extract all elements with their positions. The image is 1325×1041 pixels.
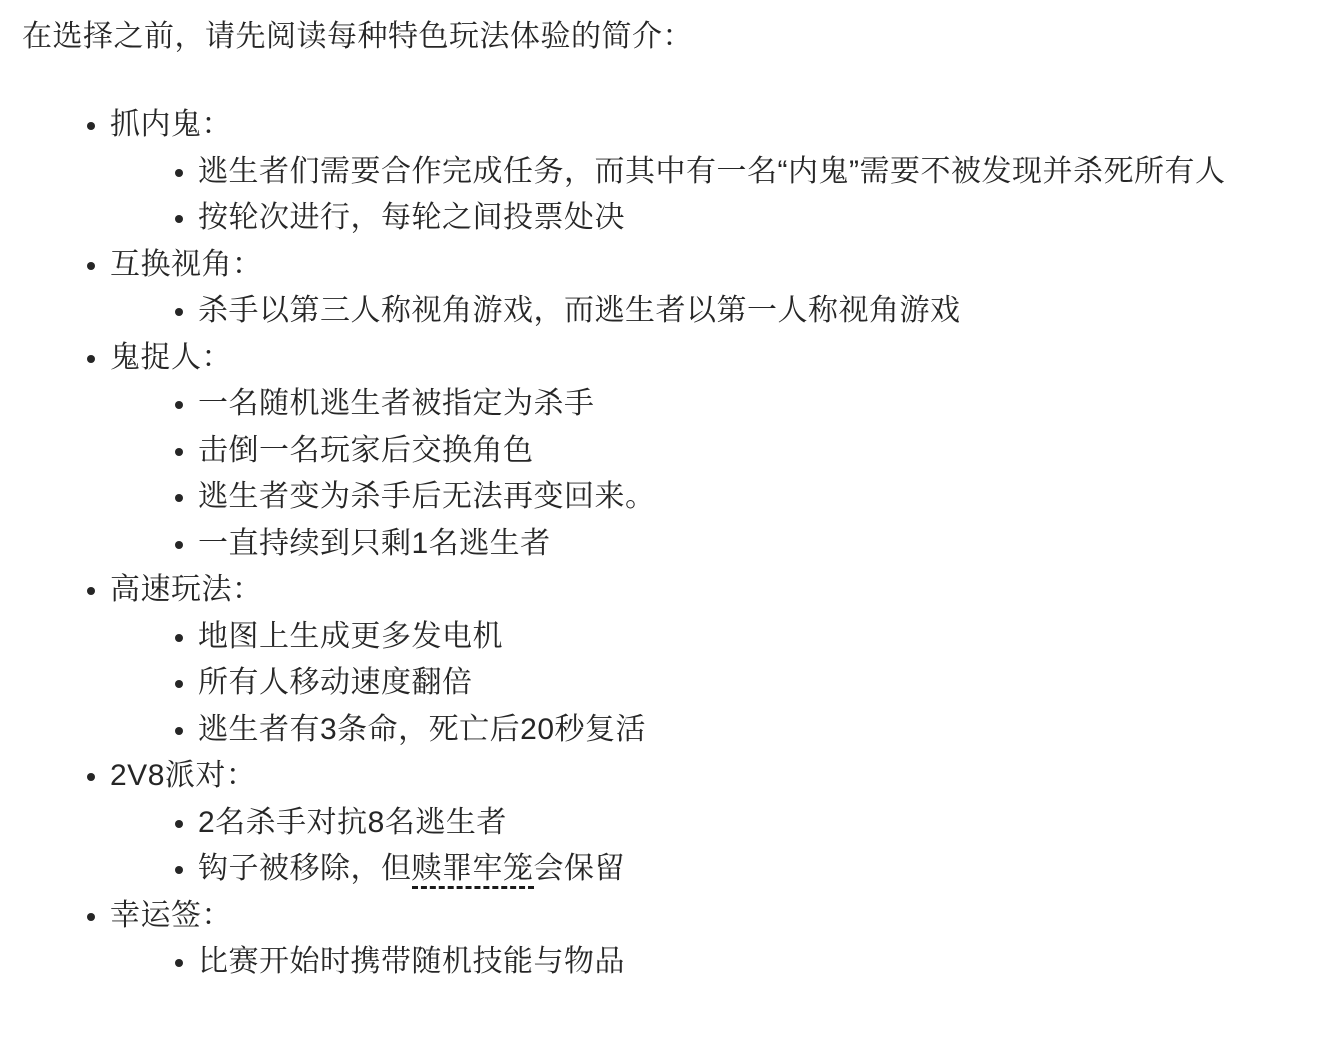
- mode-item: 抓内鬼：逃生者们需要合作完成任务，而其中有一名“内鬼”需要不被发现并杀死所有人按…: [110, 102, 1305, 242]
- mode-detail-text: 会保留: [534, 852, 626, 885]
- mode-detail: 一直持续到只剩1名逃生者: [198, 521, 1305, 568]
- mode-item: 鬼捉人：一名随机逃生者被指定为杀手击倒一名玩家后交换角色逃生者变为杀手后无法再变…: [110, 335, 1305, 568]
- mode-details-list: 逃生者们需要合作完成任务，而其中有一名“内鬼”需要不被发现并杀死所有人按轮次进行…: [110, 149, 1305, 242]
- mode-details-list: 一名随机逃生者被指定为杀手击倒一名玩家后交换角色逃生者变为杀手后无法再变回来。一…: [110, 381, 1305, 567]
- mode-item: 互换视角：杀手以第三人称视角游戏，而逃生者以第一人称视角游戏: [110, 242, 1305, 335]
- mode-details-list: 比赛开始时携带随机技能与物品: [110, 939, 1305, 986]
- mode-detail: 比赛开始时携带随机技能与物品: [198, 939, 1305, 986]
- mode-detail: 所有人移动速度翻倍: [198, 660, 1305, 707]
- mode-detail: 按轮次进行，每轮之间投票处决: [198, 195, 1305, 242]
- spellcheck-underlined-text: 赎罪牢笼: [412, 852, 534, 889]
- mode-detail: 逃生者有3条命，死亡后20秒复活: [198, 707, 1305, 754]
- mode-detail: 逃生者们需要合作完成任务，而其中有一名“内鬼”需要不被发现并杀死所有人: [198, 149, 1305, 196]
- mode-name: 幸运签：: [110, 899, 232, 932]
- mode-detail: 2名杀手对抗8名逃生者: [198, 800, 1305, 847]
- mode-details-list: 地图上生成更多发电机所有人移动速度翻倍逃生者有3条命，死亡后20秒复活: [110, 614, 1305, 754]
- mode-detail: 一名随机逃生者被指定为杀手: [198, 381, 1305, 428]
- mode-detail-text: 钩子被移除，但: [198, 852, 412, 885]
- mode-detail: 逃生者变为杀手后无法再变回来。: [198, 474, 1305, 521]
- mode-name: 2V8派对：: [110, 759, 256, 792]
- mode-name: 抓内鬼：: [110, 108, 232, 141]
- mode-details-list: 杀手以第三人称视角游戏，而逃生者以第一人称视角游戏: [110, 288, 1305, 335]
- mode-details-list: 2名杀手对抗8名逃生者钩子被移除，但赎罪牢笼会保留: [110, 800, 1305, 893]
- mode-item: 幸运签：比赛开始时携带随机技能与物品: [110, 893, 1305, 986]
- mode-detail: 钩子被移除，但赎罪牢笼会保留: [198, 846, 1305, 893]
- mode-name: 鬼捉人：: [110, 341, 232, 374]
- intro-text: 在选择之前，请先阅读每种特色玩法体验的简介：: [22, 14, 1305, 60]
- mode-detail: 杀手以第三人称视角游戏，而逃生者以第一人称视角游戏: [198, 288, 1305, 335]
- mode-name: 高速玩法：: [110, 573, 263, 606]
- mode-item: 高速玩法：地图上生成更多发电机所有人移动速度翻倍逃生者有3条命，死亡后20秒复活: [110, 567, 1305, 753]
- gameplay-intro-document: 在选择之前，请先阅读每种特色玩法体验的简介： 抓内鬼：逃生者们需要合作完成任务，…: [0, 0, 1325, 1041]
- modes-list: 抓内鬼：逃生者们需要合作完成任务，而其中有一名“内鬼”需要不被发现并杀死所有人按…: [22, 102, 1305, 986]
- mode-detail: 击倒一名玩家后交换角色: [198, 428, 1305, 475]
- mode-item: 2V8派对：2名杀手对抗8名逃生者钩子被移除，但赎罪牢笼会保留: [110, 753, 1305, 893]
- mode-name: 互换视角：: [110, 248, 263, 281]
- mode-detail: 地图上生成更多发电机: [198, 614, 1305, 661]
